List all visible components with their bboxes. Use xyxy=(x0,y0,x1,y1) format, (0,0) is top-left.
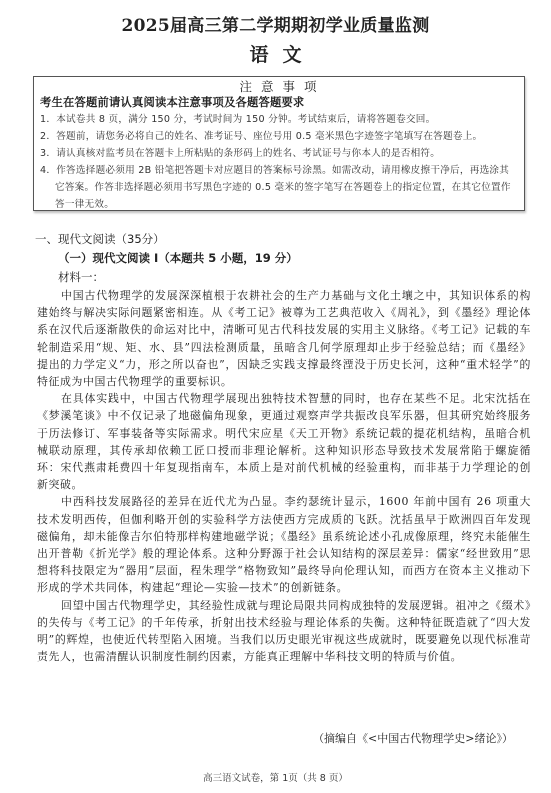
source-citation: （摘编自《<中国古代物理学史>绪论》） xyxy=(313,730,513,746)
section-heading: 一、现代文阅读（35分） xyxy=(35,231,165,247)
article-body: 中国古代物理学的发展深深植根于农耕社会的生产力基础与文化土壤之中，其知识体系的构… xyxy=(37,287,531,665)
notice-lead: 考生在答题前请认真阅读本注意事项及各题答题要求 xyxy=(40,95,516,111)
notice-box: 注意事项 考生在答题前请认真阅读本注意事项及各题答题要求 1．本试卷共 8 页，… xyxy=(33,76,525,211)
article-paragraph: 回望中国古代物理学史，其经验性成就与理论局限共同构成独特的发展逻辑。祖冲之《缀术… xyxy=(37,597,531,666)
notice-item: 2．答题前，请您务必将自己的姓名、准考证号、座位号用 0.5 毫米黑色字迹签字笔… xyxy=(40,128,516,145)
subsection-heading: （一）现代文阅读 I（本题共 5 小题，19 分） xyxy=(58,250,298,266)
article-paragraph: 中国古代物理学的发展深深植根于农耕社会的生产力基础与文化土壤之中，其知识体系的构… xyxy=(37,287,531,390)
article-paragraph: 中西科技发展路径的差异在近代尤为凸显。李约瑟统计显示，1600 年前中国有 26… xyxy=(37,493,531,596)
material-label: 材料一： xyxy=(58,269,104,285)
page-footer: 高三语文试卷，第 1页（共 8 页） xyxy=(0,770,551,784)
notice-item: 3．请认真核对监考员在答题卡上所粘贴的条形码上的姓名、考试证号与你本人的是否相符… xyxy=(40,145,516,162)
notice-item: 4．作答选择题必须用 2B 铅笔把答题卡对应题目的答案标号涂黑。如需改动，请用橡… xyxy=(40,162,516,213)
notice-item: 1．本试卷共 8 页，满分 150 分，考试时间为 150 分钟。考试结束后，请… xyxy=(40,111,516,128)
notice-title: 注意事项 xyxy=(40,79,516,95)
exam-title: 2025届高三第二学期期初学业质量监测 xyxy=(0,11,551,36)
article-paragraph: 在具体实践中，中国古代物理学展现出独特技术智慧的同时，也存在某些不足。北宋沈括在… xyxy=(37,390,531,493)
subject-title: 语文 xyxy=(0,40,551,67)
